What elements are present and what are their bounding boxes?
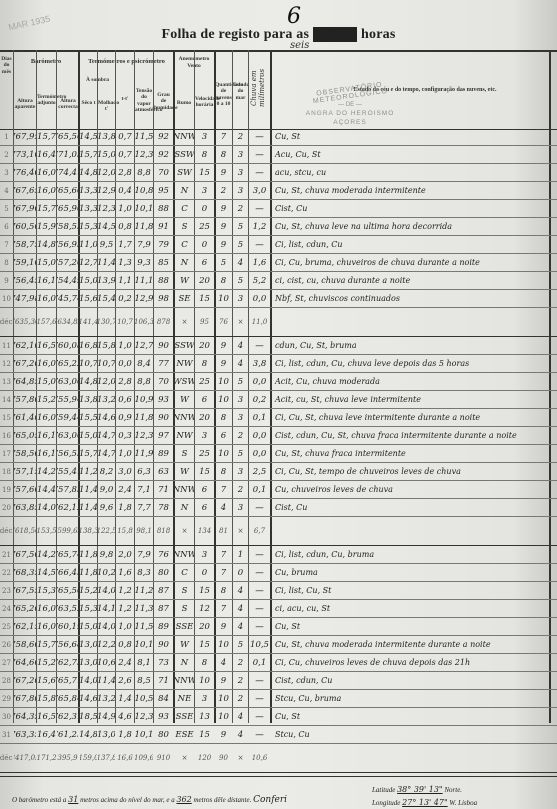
- cell-rumo: NE: [175, 690, 194, 707]
- cell-hum: 80: [154, 726, 173, 743]
- cell-chuva: 10,6: [249, 744, 270, 772]
- cell-nuv: 9: [215, 672, 232, 689]
- cell-vel: 3: [195, 128, 214, 145]
- cell-dia: 5: [0, 200, 13, 217]
- table-row: 31763,3516,4761,2314,813,01,810,180ESE15…: [0, 726, 557, 744]
- cell-seco: 11,0: [80, 236, 97, 253]
- cell-dia: 31: [0, 726, 13, 743]
- page-number: 6: [287, 4, 301, 29]
- cell-tensao: 106,3: [135, 308, 153, 336]
- cell-rumo: W: [175, 463, 194, 480]
- cell-alt-corr: 763,52: [57, 600, 78, 617]
- cell-nuv: 9: [215, 618, 232, 635]
- cell-chuva: —: [249, 600, 270, 617]
- cell-mar: 2: [233, 128, 248, 145]
- cell-molhado: 12,9: [98, 182, 115, 199]
- cell-mar: 2: [233, 672, 248, 689]
- cell-seco: 15,6: [80, 290, 97, 307]
- cell-estado: Cu, St, chuva leve na ultima hora decorr…: [271, 218, 553, 235]
- table-row: 21767,5014,2765,7411,89,82,07,976NNW371—…: [0, 546, 557, 564]
- cell-dia: 26: [0, 636, 13, 653]
- sheet-title: Folha de registo para as DOZE horas: [0, 27, 557, 43]
- cell-seco: 15,3: [80, 218, 97, 235]
- cell-chuva: —: [249, 564, 270, 581]
- cell-rumo: NNW: [175, 672, 194, 689]
- cell-seco: 15,7: [80, 146, 97, 163]
- cell-alt-ap: 8417,05: [14, 744, 36, 772]
- cell-alt-ap: 759,10: [14, 254, 36, 271]
- cell-hum: 71: [154, 481, 173, 498]
- cell-tensao: 11,9: [135, 445, 153, 462]
- cell-dia: 4: [0, 182, 13, 199]
- cell-alt-corr: 766,45: [57, 564, 78, 581]
- cell-term-adj: 14,5: [37, 564, 56, 581]
- cell-alt-ap: 762,10: [14, 337, 36, 354]
- cell-mar: 4: [233, 618, 248, 635]
- cell-dia: 2.ª década: [0, 517, 13, 545]
- cell-tensao: 109,6: [135, 744, 153, 772]
- cell-dia: 1: [0, 128, 13, 145]
- cell-estado: Cu, St: [271, 128, 553, 145]
- cell-seco: 15,7: [80, 445, 97, 462]
- title-struck-word: DOZE: [313, 27, 357, 42]
- cell-hum: 73: [154, 654, 173, 671]
- cell-hum: 92: [154, 146, 173, 163]
- cell-nuv: 7: [215, 564, 232, 581]
- cell-alt-corr: 756,68: [57, 636, 78, 653]
- cell-diff: 16,6: [116, 744, 134, 772]
- cell-mar: 5: [233, 236, 248, 253]
- cell-estado: Nbf, St, chuviscos continuados: [271, 290, 553, 307]
- cell-estado: cdun, Cu, St, bruma: [271, 337, 553, 354]
- cell-alt-ap: 767,20: [14, 672, 36, 689]
- cell-term-adj: 14,2: [37, 463, 56, 480]
- longitude: Longitude 27° 13' 47" W. Lisboa: [372, 798, 477, 807]
- cell-term-adj: 16,5: [37, 708, 56, 725]
- cell-diff: 1,8: [116, 499, 134, 516]
- cell-alt-ap: 757,80: [14, 391, 36, 408]
- cell-vel: 3: [195, 690, 214, 707]
- table-row: 24765,2016,0763,5215,314,11,211,387S1274…: [0, 600, 557, 618]
- cell-nuv: 9: [215, 164, 232, 181]
- cell-hum: 84: [154, 690, 173, 707]
- cell-seco: 15,0: [80, 427, 97, 444]
- cell-alt-corr: 754,49: [57, 272, 78, 289]
- cell-alt-corr: 765,71: [57, 672, 78, 689]
- cell-diff: 1,7: [116, 236, 134, 253]
- cell-tensao: 10,8: [135, 182, 153, 199]
- cell-dia: 13: [0, 373, 13, 390]
- cell-tensao: 7,1: [135, 481, 153, 498]
- table-row: 18757,1514,2755,4111,28,23,06,363W15832,…: [0, 463, 557, 481]
- cell-term-adj: 171,2: [37, 744, 56, 772]
- cell-term-adj: 15,8: [37, 690, 56, 707]
- header-rumo: Rumo: [174, 100, 194, 106]
- cell-molhado: 12,3: [98, 200, 115, 217]
- cell-rumo: ×: [175, 308, 194, 336]
- cell-nuv: 10: [215, 373, 232, 390]
- cell-rumo: C: [175, 564, 194, 581]
- cell-seco: 11,4: [80, 499, 97, 516]
- cell-chuva: —: [249, 499, 270, 516]
- cell-estado: ci, acu, cu, St: [271, 600, 553, 617]
- cell-vel: 120: [195, 744, 214, 772]
- cell-diff: 1,2: [116, 600, 134, 617]
- table-row: 2773,1016,4771,0515,715,00,712,392SSW883…: [0, 146, 557, 164]
- cell-vel: 10: [195, 672, 214, 689]
- cell-diff: 0,9: [116, 409, 134, 426]
- cell-dia: 20: [0, 499, 13, 516]
- cell-seco: 14,6: [80, 690, 97, 707]
- cell-diff: 0,6: [116, 391, 134, 408]
- header-altura-correcta: Altura correcta: [57, 98, 79, 111]
- cell-vel: 20: [195, 409, 214, 426]
- cell-tensao: 9,3: [135, 254, 153, 271]
- cell-vel: 3: [195, 182, 214, 199]
- table-row: 5767,9015,7765,9613,312,31,010,188C092—C…: [0, 200, 557, 218]
- cell-mar: 3: [233, 146, 248, 163]
- cell-nuv: 9: [215, 236, 232, 253]
- cell-molhado: 12,2: [98, 636, 115, 653]
- cell-vel: 15: [195, 636, 214, 653]
- cell-alt-ap: 773,10: [14, 146, 36, 163]
- cell-term-adj: 15,0: [37, 254, 56, 271]
- table-row: 10747,9816,0745,7415,615,40,212,998SE151…: [0, 290, 557, 308]
- cell-dia: 21: [0, 546, 13, 563]
- cell-rumo: S: [175, 218, 194, 235]
- cell-hum: 90: [154, 636, 173, 653]
- cell-hum: 95: [154, 182, 173, 199]
- register-sheet: MAR 1935 6 Folha de registo para as DOZE…: [0, 0, 557, 809]
- cell-alt-corr: 765,22: [57, 355, 78, 372]
- table-row: 6760,5015,9758,5515,314,50,811,891S25951…: [0, 218, 557, 236]
- cell-mar: 4: [233, 355, 248, 372]
- cell-vel: 15: [195, 463, 214, 480]
- cell-chuva: 0,0: [249, 427, 270, 444]
- table-row: 12767,2016,0765,2210,710,70,08,477NW8943…: [0, 355, 557, 373]
- cell-nuv: 4: [215, 654, 232, 671]
- cell-vel: 0: [195, 564, 214, 581]
- cell-dia: 6: [0, 218, 13, 235]
- cell-chuva: 0,0: [249, 373, 270, 390]
- cell-alt-ap: 7618,50: [14, 517, 36, 545]
- footer: O barómetro está a 31 metros acima do ní…: [0, 776, 557, 809]
- cell-estado: Cu, chuveiros leves de chuva: [271, 481, 553, 498]
- cell-alt-ap: 767,20: [14, 355, 36, 372]
- cell-chuva: —: [249, 546, 270, 563]
- cell-molhado: 9,0: [98, 481, 115, 498]
- cell-estado: Ci, Cu, chuveiros leves de chuva depois …: [271, 654, 553, 671]
- cell-nuv: 10: [215, 290, 232, 307]
- cell-chuva: —: [249, 708, 270, 725]
- cell-rumo: SE: [175, 290, 194, 307]
- cell-mar: 2: [233, 481, 248, 498]
- cell-rumo: WSW: [175, 373, 194, 390]
- cell-hum: 97: [154, 427, 173, 444]
- cell-molhado: 14,0: [98, 582, 115, 599]
- cell-chuva: 3,0: [249, 182, 270, 199]
- cell-molhado: 13,9: [98, 272, 115, 289]
- cell-term-adj: 14,8: [37, 236, 56, 253]
- cell-hum: 92: [154, 128, 173, 145]
- cell-alt-corr: 7599,63: [57, 517, 78, 545]
- cell-diff: 15,8: [116, 517, 134, 545]
- cell-term-adj: 15,7: [37, 636, 56, 653]
- cell-vel: 0: [195, 200, 214, 217]
- cell-diff: 0,8: [116, 218, 134, 235]
- cell-molhado: 13,2: [98, 690, 115, 707]
- table-row: 29767,8015,8765,8414,613,21,410,584NE310…: [0, 690, 557, 708]
- cell-diff: 2,0: [116, 546, 134, 563]
- cell-dia: 3: [0, 164, 13, 181]
- cell-term-adj: 15,6: [37, 672, 56, 689]
- cell-molhado: 10,7: [98, 355, 115, 372]
- cell-hum: 70: [154, 164, 173, 181]
- cell-hum: 87: [154, 600, 173, 617]
- cell-tensao: 7,9: [135, 236, 153, 253]
- cell-molhado: 12,0: [98, 164, 115, 181]
- cell-estado: Stcu, Cu: [271, 726, 553, 743]
- decade-summary-row: 2.ª década7618,50153,57599,63138,3122,51…: [0, 517, 557, 546]
- cell-diff: 1,0: [116, 618, 134, 635]
- cell-diff: 0,7: [116, 146, 134, 163]
- cell-seco: 11,2: [80, 463, 97, 480]
- cell-alt-ap: 762,15: [14, 618, 36, 635]
- cell-molhado: 15,0: [98, 146, 115, 163]
- cell-hum: 78: [154, 499, 173, 516]
- cell-mar: 3: [233, 290, 248, 307]
- cell-rumo: C: [175, 236, 194, 253]
- cell-molhado: 11,4: [98, 254, 115, 271]
- cell-vel: 12: [195, 600, 214, 617]
- cell-vel: 0: [195, 236, 214, 253]
- cell-molhado: 14,6: [98, 409, 115, 426]
- cell-nuv: 7: [215, 600, 232, 617]
- cell-hum: 878: [154, 308, 173, 336]
- table-row: 30764,3516,5762,3118,514,94,612,393SSE13…: [0, 708, 557, 726]
- cell-molhado: 14,0: [98, 618, 115, 635]
- latitude: Latitude 38° 39' 13" Norte.: [372, 785, 462, 794]
- cell-hum: 93: [154, 708, 173, 725]
- cell-chuva: —: [249, 200, 270, 217]
- cell-estado: Ci, list, Cu, St: [271, 582, 553, 599]
- cell-alt-corr: 762,75: [57, 654, 78, 671]
- cell-dia: 28: [0, 672, 13, 689]
- cell-rumo: SSW: [175, 337, 194, 354]
- cell-tensao: 10,1: [135, 636, 153, 653]
- cell-tensao: 98,1: [135, 517, 153, 545]
- cell-alt-corr: 758,55: [57, 218, 78, 235]
- cell-term-adj: 16,1: [37, 445, 56, 462]
- cell-nuv: 7: [215, 128, 232, 145]
- cell-seco: 159,0: [80, 744, 97, 772]
- cell-alt-corr: 745,74: [57, 290, 78, 307]
- table-row: 27764,6015,2762,7513,010,62,48,173N8420,…: [0, 654, 557, 672]
- cell-alt-ap: 767,95: [14, 128, 36, 145]
- cell-alt-corr: 765,74: [57, 546, 78, 563]
- cell-diff: 0,7: [116, 128, 134, 145]
- cell-molhado: 13,2: [98, 391, 115, 408]
- cell-tensao: 11,5: [135, 128, 153, 145]
- cell-mar: 2: [233, 200, 248, 217]
- cell-rumo: ×: [175, 744, 194, 772]
- table-row: 15761,4016,0759,4415,514,60,911,890NNW20…: [0, 409, 557, 427]
- cell-diff: 10,7: [116, 308, 134, 336]
- cell-dia: 10: [0, 290, 13, 307]
- cell-mar: ×: [233, 744, 248, 772]
- cell-term-adj: 15,3: [37, 582, 56, 599]
- header-seco: Sêco t: [80, 100, 97, 106]
- cell-tensao: 7,9: [135, 546, 153, 563]
- cell-molhado: 9,8: [98, 546, 115, 563]
- cell-rumo: N: [175, 654, 194, 671]
- cell-dia: 7: [0, 236, 13, 253]
- cell-nuv: 8: [215, 146, 232, 163]
- cell-dia: 15: [0, 409, 13, 426]
- header-chuva: Chuva em milímetros: [250, 58, 268, 118]
- cell-vel: 6: [195, 499, 214, 516]
- cell-molhado: 14,7: [98, 445, 115, 462]
- cell-mar: 5: [233, 373, 248, 390]
- cell-alt-ap: 767,55: [14, 582, 36, 599]
- cell-seco: 15,0: [80, 272, 97, 289]
- cell-term-adj: 16,4: [37, 146, 56, 163]
- cell-estado: Acit, Cu, chuva moderada: [271, 373, 553, 390]
- cell-alt-ap: 765,20: [14, 600, 36, 617]
- cell-estado: [271, 744, 553, 772]
- title-prefix: Folha de registo para as: [162, 27, 310, 42]
- cell-seco: 13,0: [80, 654, 97, 671]
- cell-diff: 1,4: [116, 690, 134, 707]
- cell-diff: 1,6: [116, 564, 134, 581]
- cell-molhado: 122,5: [98, 517, 115, 545]
- cell-vel: 95: [195, 308, 214, 336]
- cell-rumo: SSE: [175, 708, 194, 725]
- cell-mar: 3: [233, 409, 248, 426]
- cell-hum: 91: [154, 218, 173, 235]
- table-row: 13764,8515,0763,0014,812,02,88,870WSW251…: [0, 373, 557, 391]
- header-humidade: Grau de humidade: [154, 92, 173, 111]
- cell-rumo: NW: [175, 427, 194, 444]
- cell-rumo: C: [175, 200, 194, 217]
- cell-nuv: 10: [215, 708, 232, 725]
- cell-mar: 3: [233, 182, 248, 199]
- cell-term-adj: 15,2: [37, 654, 56, 671]
- header-dia: Dias do mês: [0, 56, 13, 75]
- cell-dia: 2: [0, 146, 13, 163]
- cell-chuva: 0,0: [249, 445, 270, 462]
- cell-mar: 3: [233, 164, 248, 181]
- cell-mar: 4: [233, 600, 248, 617]
- cell-mar: 5: [233, 445, 248, 462]
- cell-hum: 70: [154, 373, 173, 390]
- cell-nuv: 8: [215, 582, 232, 599]
- cell-alt-ap: 761,40: [14, 409, 36, 426]
- cell-dia: 19: [0, 481, 13, 498]
- cell-rumo: S: [175, 445, 194, 462]
- cell-diff: 0,2: [116, 290, 134, 307]
- cell-dia: 23: [0, 582, 13, 599]
- cell-vel: 15: [195, 582, 214, 599]
- cell-chuva: —: [249, 164, 270, 181]
- cell-nuv: 90: [215, 744, 232, 772]
- cell-tensao: 11,2: [135, 582, 153, 599]
- cell-chuva: 0,1: [249, 481, 270, 498]
- cell-diff: 0,0: [116, 355, 134, 372]
- cell-rumo: N: [175, 254, 194, 271]
- cell-vel: 15: [195, 164, 214, 181]
- cell-rumo: SSW: [175, 146, 194, 163]
- cell-mar: 3: [233, 463, 248, 480]
- cell-term-adj: 14,0: [37, 499, 56, 516]
- cell-chuva: 3,8: [249, 355, 270, 372]
- table-row: 14757,8015,2755,9413,813,20,610,993W6103…: [0, 391, 557, 409]
- cell-molhado: 10,6: [98, 654, 115, 671]
- cell-dia: 27: [0, 654, 13, 671]
- cell-nuv: 10: [215, 636, 232, 653]
- cell-vel: 8: [195, 355, 214, 372]
- table-row: 26758,6015,7756,6813,012,20,810,190W1510…: [0, 636, 557, 654]
- cell-seco: 15,5: [80, 409, 97, 426]
- cell-alt-ap: 767,80: [14, 690, 36, 707]
- cell-hum: 89: [154, 445, 173, 462]
- cell-term-adj: 16,0: [37, 290, 56, 307]
- cell-nuv: 8: [215, 409, 232, 426]
- cell-alt-ap: 764,35: [14, 708, 36, 725]
- table-row: 17758,5016,1756,5315,714,71,011,989S2510…: [0, 445, 557, 463]
- cell-molhado: 13,8: [98, 128, 115, 145]
- cell-mar: 2: [233, 654, 248, 671]
- cell-hum: 98: [154, 290, 173, 307]
- cell-mar: 3: [233, 499, 248, 516]
- cell-estado: Cist, cdun, Cu, St, chuva fraca intermit…: [271, 427, 553, 444]
- cell-hum: 88: [154, 200, 173, 217]
- cell-alt-ap: 764,85: [14, 373, 36, 390]
- cell-tensao: 7,7: [135, 499, 153, 516]
- cell-estado: Stcu, Cu, bruma: [271, 690, 553, 707]
- table-row: 7758,7514,8756,9311,09,51,77,979C095—Ci,…: [0, 236, 557, 254]
- cell-dia: 14: [0, 391, 13, 408]
- cell-estado: Cist, Cu: [271, 499, 553, 516]
- cell-diff: 4,6: [116, 708, 134, 725]
- header-nuvens: Quantidade de nuvens 0 a 10: [215, 82, 232, 107]
- cell-alt-ap: 767,50: [14, 546, 36, 563]
- cell-estado: Cu, St: [271, 708, 553, 725]
- cell-tensao: 6,3: [135, 463, 153, 480]
- cell-term-adj: 16,0: [37, 618, 56, 635]
- cell-molhado: 8,2: [98, 463, 115, 480]
- cell-nuv: 10: [215, 445, 232, 462]
- cell-estado: Ci, Cu, St, tempo de chuveiros leves de …: [271, 463, 553, 480]
- cell-hum: 818: [154, 517, 173, 545]
- cell-term-adj: 16,1: [37, 272, 56, 289]
- cell-rumo: N: [175, 182, 194, 199]
- cell-mar: 4: [233, 337, 248, 354]
- cell-molhado: 12,0: [98, 373, 115, 390]
- cell-estado: Cist, Cu: [271, 200, 553, 217]
- cell-chuva: —: [249, 146, 270, 163]
- latitude-value: 38° 39' 13": [397, 785, 443, 794]
- cell-alt-ap: 763,35: [14, 726, 36, 743]
- cell-seco: 138,3: [80, 517, 97, 545]
- cell-alt-ap: 757,60: [14, 481, 36, 498]
- cell-mar: 4: [233, 708, 248, 725]
- cell-vel: 15: [195, 290, 214, 307]
- cell-estado: Cist, cdun, Cu: [271, 672, 553, 689]
- table-row: 23767,5515,3765,5615,214,01,211,287S1584…: [0, 582, 557, 600]
- cell-term-adj: 16,0: [37, 164, 56, 181]
- cell-molhado: 15,8: [98, 337, 115, 354]
